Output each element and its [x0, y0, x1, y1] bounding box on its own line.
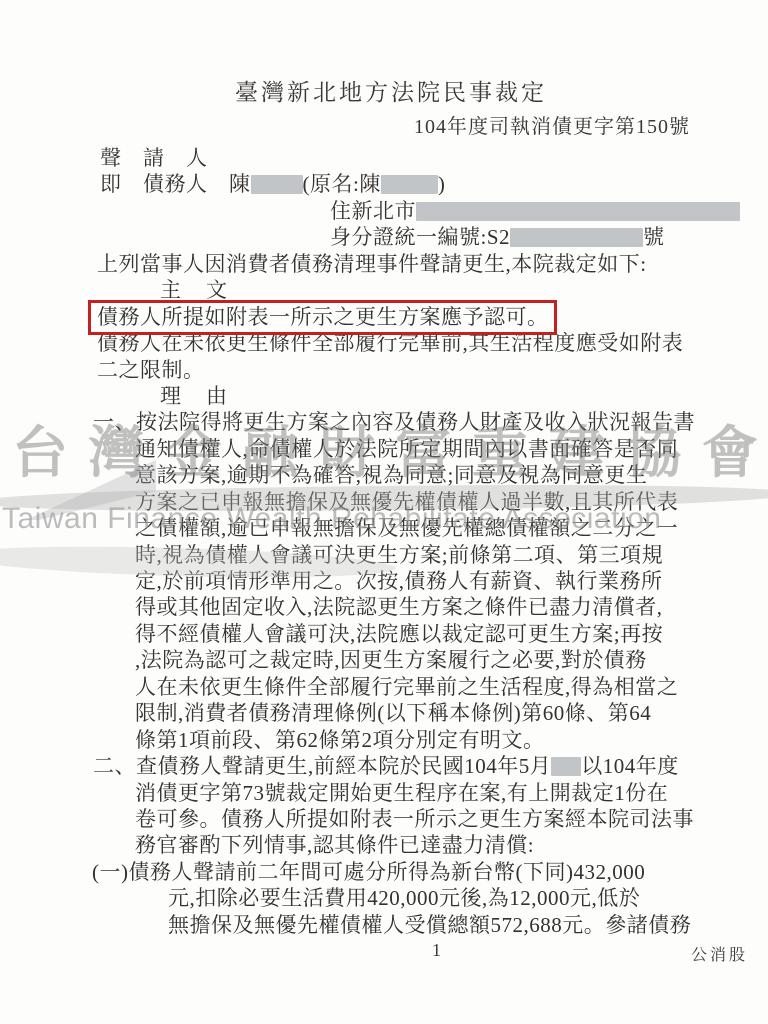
text-run: 意該方案,逾期不為確答,視為同意;同意及視為同意更生	[135, 463, 647, 487]
document-line: ,法院為認可之裁定時,因更生方案履行之必要,對於債務	[0, 647, 768, 673]
text-run: 得或其他固定收入,法院認更生方案之條件已盡力清償者,	[135, 595, 663, 619]
text-run: 得不經債權人會議可決,法院應以裁定認可更生方案;再按	[135, 622, 663, 646]
redaction-box	[416, 202, 740, 221]
court-division-stamp: 公消股	[691, 942, 748, 965]
text-run: 一、按法院得將更生方案之內容及債務人財產及收入狀況報告書	[93, 410, 695, 434]
text-run: 限制,消費者債務清理條例(以下稱本條例)第60條、第64	[135, 701, 651, 725]
case-number: 104年度司執消債更字第150號	[414, 110, 690, 139]
text-run: 以104年度	[581, 754, 679, 778]
document-line: 元,扣除必要生活費用420,000元後,為12,000元,低於	[0, 885, 768, 911]
document-line: 之債權額,逾已申報無擔保及無優先權總債權額之二分之一	[0, 515, 768, 541]
redaction-box	[551, 757, 581, 776]
document-line: 得不經債權人會議可決,法院應以裁定認可更生方案;再按	[0, 621, 768, 647]
document-line: 定,於前項情形準用之。次按,債務人有薪資、執行業務所	[0, 568, 768, 594]
text-run: 無擔保及無優先權債權人受償總額572,688元。參諸債務	[168, 913, 691, 937]
document-line: 務官審酌下列情事,認其條件已達盡力清償:	[0, 832, 768, 858]
redaction-box	[381, 175, 438, 194]
page-number: 1	[432, 940, 441, 961]
text-run: 消債更字第73號裁定開始更生程序在案,有上開裁定1份在	[135, 781, 668, 805]
text-run: 元,扣除必要生活費用420,000元後,為12,000元,低於	[168, 886, 640, 910]
text-run: 聲 請 人	[100, 146, 208, 170]
document-line: 一、按法院得將更生方案之內容及債務人財產及收入狀況報告書	[0, 409, 768, 435]
document-line: 主 文	[0, 277, 768, 303]
document-line: 意該方案,逾期不為確答,視為同意;同意及視為同意更生	[0, 462, 768, 488]
text-run: 身分證統一編號:S2	[330, 225, 510, 249]
text-run: 住新北市	[330, 199, 416, 223]
text-run: 之債權額,逾已申報無擔保及無優先權總債權額之二分之一	[135, 516, 678, 540]
document-title: 臺灣新北地方法院民事裁定	[0, 74, 768, 107]
document-line: 條第1項前段、第62條第2項分別定有明文。	[0, 727, 768, 753]
document-line: 身分證統一編號:S2號	[0, 224, 768, 250]
text-run: 主 文	[160, 278, 229, 302]
document-line: 人在未依更生條件全部履行完畢前之生活程度,得為相當之	[0, 674, 768, 700]
document-line: 得或其他固定收入,法院認更生方案之條件已盡力清償者,	[0, 594, 768, 620]
text-run: (一)債務人聲請前二年間可處分所得為新台幣(下同)432,000	[92, 860, 645, 884]
text-run: 即 債務人 陳	[100, 172, 251, 196]
document-line: 方案之已申報無擔保及無優先權債權人過半數,且其所代表	[0, 489, 768, 515]
document-line: 時,視為債權人會議可決更生方案;前條第二項、第三項規	[0, 542, 768, 568]
text-run: 債務人在未依更生條件全部履行完畢前,其生活程度應受如附表	[97, 331, 683, 355]
text-run: 務官審酌下列情事,認其條件已達盡力清償:	[135, 833, 534, 857]
body-text: 聲 請 人即 債務人 陳(原名:陳)住新北市身分證統一編號:S2號上列當事人因消…	[0, 145, 768, 938]
document-line: 通知債權人,命債權人於法院所定期間內以書面確答是否同	[0, 436, 768, 462]
text-run: 定,於前項情形準用之。次按,債務人有薪資、執行業務所	[135, 569, 663, 593]
document-line: 聲 請 人	[0, 145, 768, 171]
document-line: 限制,消費者債務清理條例(以下稱本條例)第60條、第64	[0, 700, 768, 726]
document-page: 臺灣新北地方法院民事裁定 104年度司執消債更字第150號 聲 請 人即 債務人…	[0, 0, 768, 1024]
document-line: 消債更字第73號裁定開始更生程序在案,有上開裁定1份在	[0, 780, 768, 806]
document-line: 住新北市	[0, 198, 768, 224]
document-line: 即 債務人 陳(原名:陳)	[0, 171, 768, 197]
text-run: 時,視為債權人會議可決更生方案;前條第二項、第三項規	[135, 543, 663, 567]
document-line: 債務人在未依更生條件全部履行完畢前,其生活程度應受如附表	[0, 330, 768, 356]
document-line: 上列當事人因消費者債務清理事件聲請更生,本院裁定如下:	[0, 251, 768, 277]
redaction-box	[251, 175, 303, 194]
text-run: 二之限制。	[97, 358, 205, 382]
document-line: 理 由	[0, 383, 768, 409]
text-run: 債務人所提如附表一所示之更生方案應予認可。	[97, 305, 549, 329]
text-run: 方案之已申報無擔保及無優先權債權人過半數,且其所代表	[135, 490, 678, 514]
document-line: 無擔保及無優先權債權人受償總額572,688元。參諸債務	[0, 912, 768, 938]
document-line: 債務人所提如附表一所示之更生方案應予認可。	[0, 304, 768, 330]
document-line: 二之限制。	[0, 357, 768, 383]
text-run: 條第1項前段、第62條第2項分別定有明文。	[135, 728, 545, 752]
document-line: 卷可參。債務人所提如附表一所示之更生方案經本院司法事	[0, 806, 768, 832]
document-line: 二、查債務人聲請更生,前經本院於民國104年5月以104年度	[0, 753, 768, 779]
text-run: 卷可參。債務人所提如附表一所示之更生方案經本院司法事	[135, 807, 694, 831]
text-run: ,法院為認可之裁定時,因更生方案履行之必要,對於債務	[135, 648, 647, 672]
redaction-box	[510, 228, 643, 247]
text-run: 人在未依更生條件全部履行完畢前之生活程度,得為相當之	[135, 675, 678, 699]
document-line: (一)債務人聲請前二年間可處分所得為新台幣(下同)432,000	[0, 859, 768, 885]
text-run: )	[438, 172, 446, 196]
text-run: (原名:陳	[303, 172, 381, 196]
text-run: 理 由	[160, 384, 229, 408]
text-run: 通知債權人,命債權人於法院所定期間內以書面確答是否同	[135, 437, 678, 461]
text-run: 二、查債務人聲請更生,前經本院於民國104年5月	[93, 754, 551, 778]
text-run: 上列當事人因消費者債務清理事件聲請更生,本院裁定如下:	[97, 252, 647, 276]
text-run: 號	[643, 225, 665, 249]
highlight-box: 債務人所提如附表一所示之更生方案應予認可。	[97, 304, 549, 330]
